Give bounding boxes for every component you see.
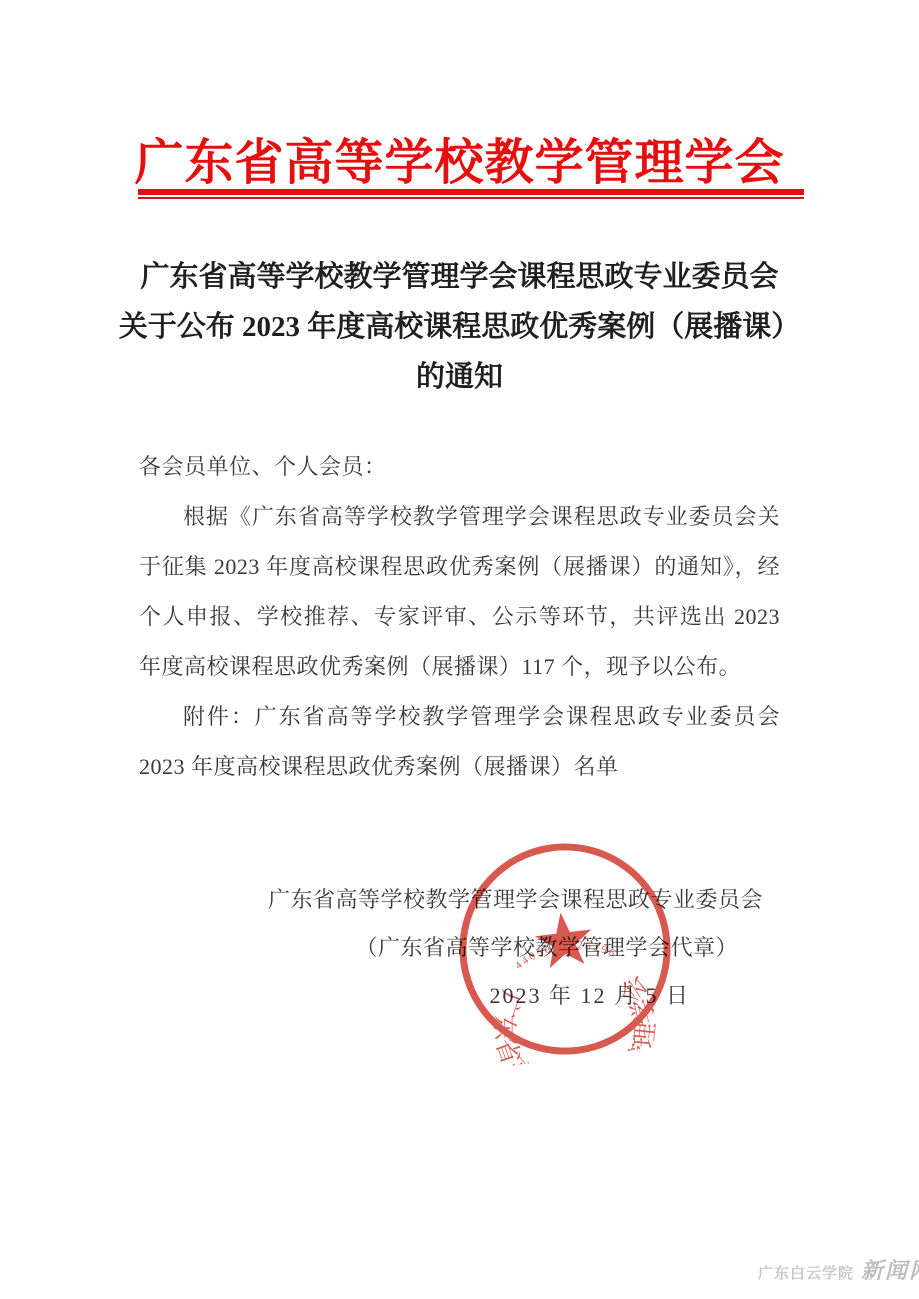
notice-document-page: 广东省高等学校教学管理学会 广东省高等学校教学管理学会课程思政专业委员会 关于公… bbox=[0, 0, 919, 1299]
signature-block: 广东省高等学校教学管理学会课程思政专业委员会 （广东省高等学校教学管理学会代章）… bbox=[223, 876, 763, 1020]
signature-org-line: 广东省高等学校教学管理学会课程思政专业委员会 bbox=[223, 876, 763, 924]
letterhead-org-name: 广东省高等学校教学管理学会 bbox=[0, 124, 919, 194]
watermark-section-name: 新闻网 bbox=[861, 1254, 919, 1285]
notice-title: 广东省高等学校教学管理学会课程思政专业委员会 关于公布 2023 年度高校课程思… bbox=[70, 252, 849, 402]
watermark-site-name: 广东白云学院 bbox=[758, 1262, 854, 1283]
notice-title-line-2: 关于公布 2023 年度高校课程思政优秀案例（展播课） bbox=[70, 302, 849, 352]
letterhead-divider-thin-line bbox=[138, 197, 804, 199]
letterhead-divider bbox=[138, 189, 804, 199]
body-paragraph: 根据《广东省高等学校教学管理学会课程思政专业委员会关于征集 2023 年度高校课… bbox=[139, 492, 780, 692]
salutation: 各会员单位、个人会员： bbox=[139, 442, 780, 492]
notice-title-line-3: 的通知 bbox=[70, 352, 849, 402]
signature-seal-note: （广东省高等学校教学管理学会代章） bbox=[223, 924, 763, 972]
notice-title-line-1: 广东省高等学校教学管理学会课程思政专业委员会 bbox=[70, 252, 849, 302]
notice-body: 各会员单位、个人会员： 根据《广东省高等学校教学管理学会课程思政专业委员会关于征… bbox=[139, 442, 780, 792]
site-watermark: 广东白云学院 新闻网 bbox=[758, 1254, 919, 1285]
attachment-note: 附件：广东省高等学校教学管理学会课程思政专业委员会 2023 年度高校课程思政优… bbox=[139, 692, 780, 792]
signature-date: 2023 年 12 月 5 日 bbox=[223, 972, 763, 1020]
